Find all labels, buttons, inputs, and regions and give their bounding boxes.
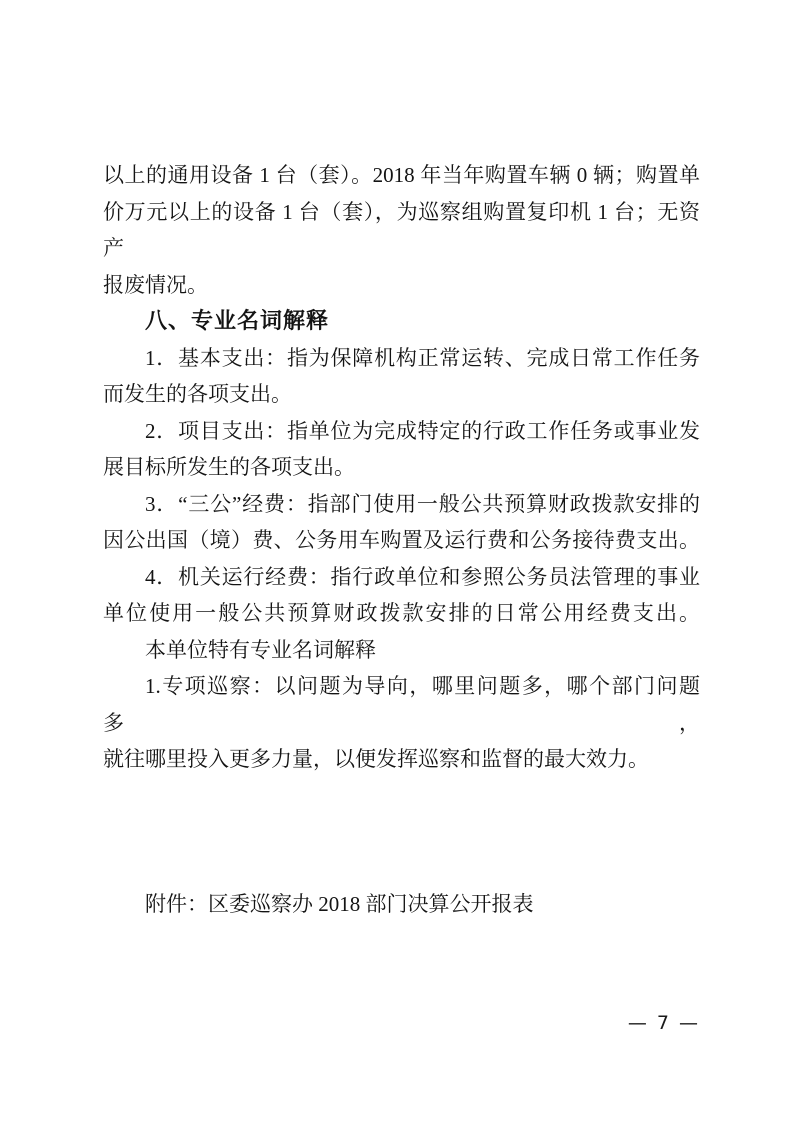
body-line: 1.专项巡察：以问题为导向，哪里问题多，哪个部门问题多， bbox=[103, 668, 700, 741]
body-line: 价万元以上的设备 1 台（套），为巡察组购置复印机 1 台；无资产 bbox=[103, 194, 700, 267]
section-heading: 八、专业名词解释 bbox=[103, 303, 700, 340]
body-line: 1．基本支出：指为保障机构正常运转、完成日常工作任务 bbox=[103, 340, 700, 377]
attachment-line: 附件：区委巡察办 2018 部门决算公开报表 bbox=[103, 886, 700, 923]
document-page: 以上的通用设备 1 台（套）。2018 年当年购置车辆 0 辆；购置单 价万元以… bbox=[0, 0, 793, 1122]
body-line: 以上的通用设备 1 台（套）。2018 年当年购置车辆 0 辆；购置单 bbox=[103, 157, 700, 194]
body-line: 而发生的各项支出。 bbox=[103, 376, 700, 413]
page-number: — 7 — bbox=[628, 1012, 700, 1034]
body-line: 2．项目支出：指单位为完成特定的行政工作任务或事业发 bbox=[103, 413, 700, 450]
body-line: 3．“三公”经费：指部门使用一般公共预算财政拨款安排的 bbox=[103, 486, 700, 523]
body-line: 展目标所发生的各项支出。 bbox=[103, 449, 700, 486]
body-line: 4．机关运行经费：指行政单位和参照公务员法管理的事业 bbox=[103, 559, 700, 596]
body-line: 报废情况。 bbox=[103, 267, 700, 304]
body-line: 因公出国（境）费、公务用车购置及运行费和公务接待费支出。 bbox=[103, 522, 700, 559]
document-body: 以上的通用设备 1 台（套）。2018 年当年购置车辆 0 辆；购置单 价万元以… bbox=[103, 157, 700, 922]
body-line: 就往哪里投入更多力量，以便发挥巡察和监督的最大效力。 bbox=[103, 741, 700, 778]
body-line: 单位使用一般公共预算财政拨款安排的日常公用经费支出。 bbox=[103, 595, 700, 632]
body-line: 本单位特有专业名词解释 bbox=[103, 632, 700, 669]
